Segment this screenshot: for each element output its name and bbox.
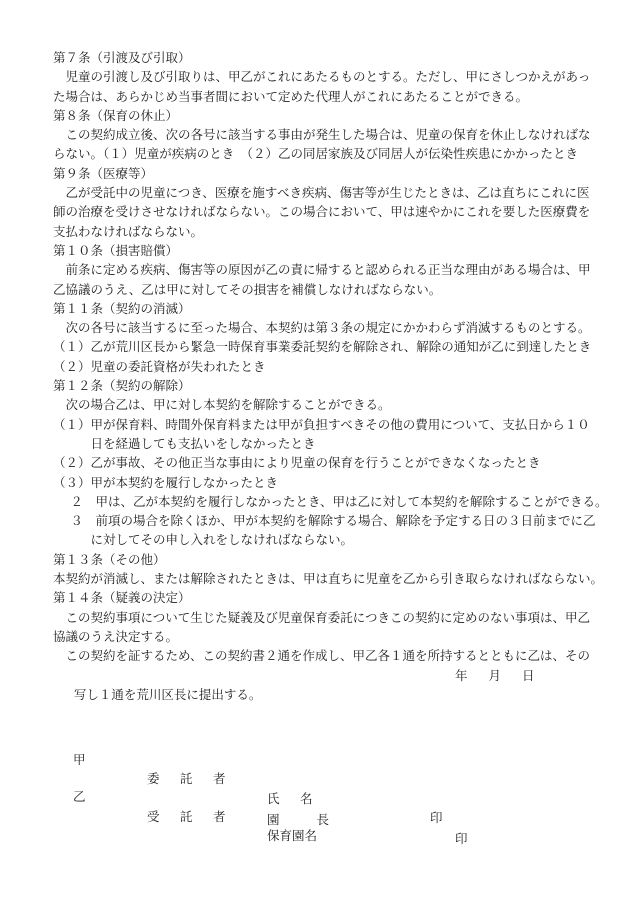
doc-line: 協議のうえ決定する。 <box>53 628 594 647</box>
doc-line: 支払わなければならない。 <box>53 223 594 242</box>
doc-line: 第１１条（契約の消滅） <box>53 300 594 319</box>
month-label: 月 <box>489 667 502 686</box>
doc-line: 本契約が消滅し、または解除されたときは、甲は直ちに児童を乙から引き取らなければな… <box>53 570 594 589</box>
date-fields: 年 月 日 <box>455 667 535 686</box>
doc-line: （２）児童の委託資格が失われたとき <box>53 358 594 377</box>
doc-line: ２ 甲は、乙が本契約を履行しなかったとき、甲は乙に対して本契約を解除することがで… <box>53 493 594 512</box>
closing-line: 写し１通を荒川区長に提出する。 年 月 日 <box>53 667 594 686</box>
party-a-seal-label: 印 <box>430 809 443 828</box>
doc-line: 師の治療を受けさせなければならない。この場合において、甲は速やかにこれを要した医… <box>53 203 594 222</box>
signature-row-party-a: 甲 委 託 者 氏 名 印 <box>53 732 594 751</box>
doc-line: ３ 前項の場合を除くほか、甲が本契約を解除する場合、解除を予定する日の３日前まで… <box>53 512 594 531</box>
doc-line: 第９条（医療等） <box>53 165 594 184</box>
party-a-role: 甲 <box>73 751 86 770</box>
signature-row-director: 園 長 印 <box>53 791 594 810</box>
doc-line: 乙協議のうえ、乙は甲に対してその損害を補償しなければならない。 <box>53 281 594 300</box>
doc-line: この契約を証するため、この契約書２通を作成し、甲乙各１通を所持するとともに乙は、… <box>53 647 594 666</box>
doc-line: 第１３条（その他） <box>53 551 594 570</box>
doc-line: この契約事項について生じた疑義及び児童保育委託につきこの契約に定めのない事項は、… <box>53 609 594 628</box>
doc-line: 前条に定める疾病、傷害等の原因が乙の責に帰すると認められる正当な理由がある場合は… <box>53 261 594 280</box>
doc-line: 次の場合乙は、甲に対し本契約を解除することができる。 <box>53 396 594 415</box>
doc-line: この契約成立後、次の各号に該当する事由が発生した場合は、児童の保育を休止しなけれ… <box>53 126 594 145</box>
doc-line: 第７条（引渡及び引取） <box>53 49 594 68</box>
party-b-seal-label: 印 <box>455 830 468 849</box>
doc-line: （１）甲が保育料、時間外保育料または甲が負担すべきその他の費用について、支払日か… <box>53 416 594 435</box>
doc-line: 第１４条（疑義の決定） <box>53 589 594 608</box>
doc-line: 次の各号に該当するに至った場合、本契約は第３条の規定にかかわらず消滅するものとす… <box>53 319 594 338</box>
doc-line: 乙が受託中の児童につき、医療を施すべき疾病、傷害等が生じたときは、乙は直ちにこれ… <box>53 184 594 203</box>
doc-lines: 第７条（引渡及び引取）児童の引渡し及び引取りは、甲乙がこれにあたるものとする。た… <box>53 49 594 667</box>
director-label: 園 長 <box>267 811 333 830</box>
contract-body: 第７条（引渡及び引取）児童の引渡し及び引取りは、甲乙がこれにあたるものとする。た… <box>53 49 594 811</box>
doc-line: 日を経過しても支払いをしなかったとき <box>53 435 594 454</box>
year-label: 年 <box>455 667 468 686</box>
doc-line: 第１０条（損害賠償） <box>53 242 594 261</box>
doc-line: 第８条（保育の休止） <box>53 107 594 126</box>
day-label: 日 <box>522 667 535 686</box>
doc-line: らない。（１）児童が疾病のとき （２）乙の同居家族及び同居人が伝染性疾患にかかっ… <box>53 145 594 164</box>
doc-line: 児童の引渡し及び引取りは、甲乙がこれにあたるものとする。ただし、甲にさしつかえが… <box>53 68 594 87</box>
doc-line: 第１２条（契約の解除） <box>53 377 594 396</box>
closing-text: 写し１通を荒川区長に提出する。 <box>74 688 262 702</box>
doc-line: （１）乙が荒川区長から緊急一時保育事業委託契約を解除され、解除の通知が乙に到達し… <box>53 338 594 357</box>
contract-page: 第７条（引渡及び引取）児童の引渡し及び引取りは、甲乙がこれにあたるものとする。た… <box>0 0 630 903</box>
doc-line: た場合は、あらかじめ当事者間において定めた代理人がこれにあたることができる。 <box>53 88 594 107</box>
doc-line: （２）乙が事故、その他正当な事由により児童の保育を行うことができなくなったとき <box>53 454 594 473</box>
signature-row-party-b: 乙 受 託 者 保育園名 <box>53 769 594 788</box>
doc-line: に対してその申し入れをしなければならない。 <box>53 531 594 550</box>
doc-line: （３）甲が本契約を履行しなかったとき <box>53 474 594 493</box>
